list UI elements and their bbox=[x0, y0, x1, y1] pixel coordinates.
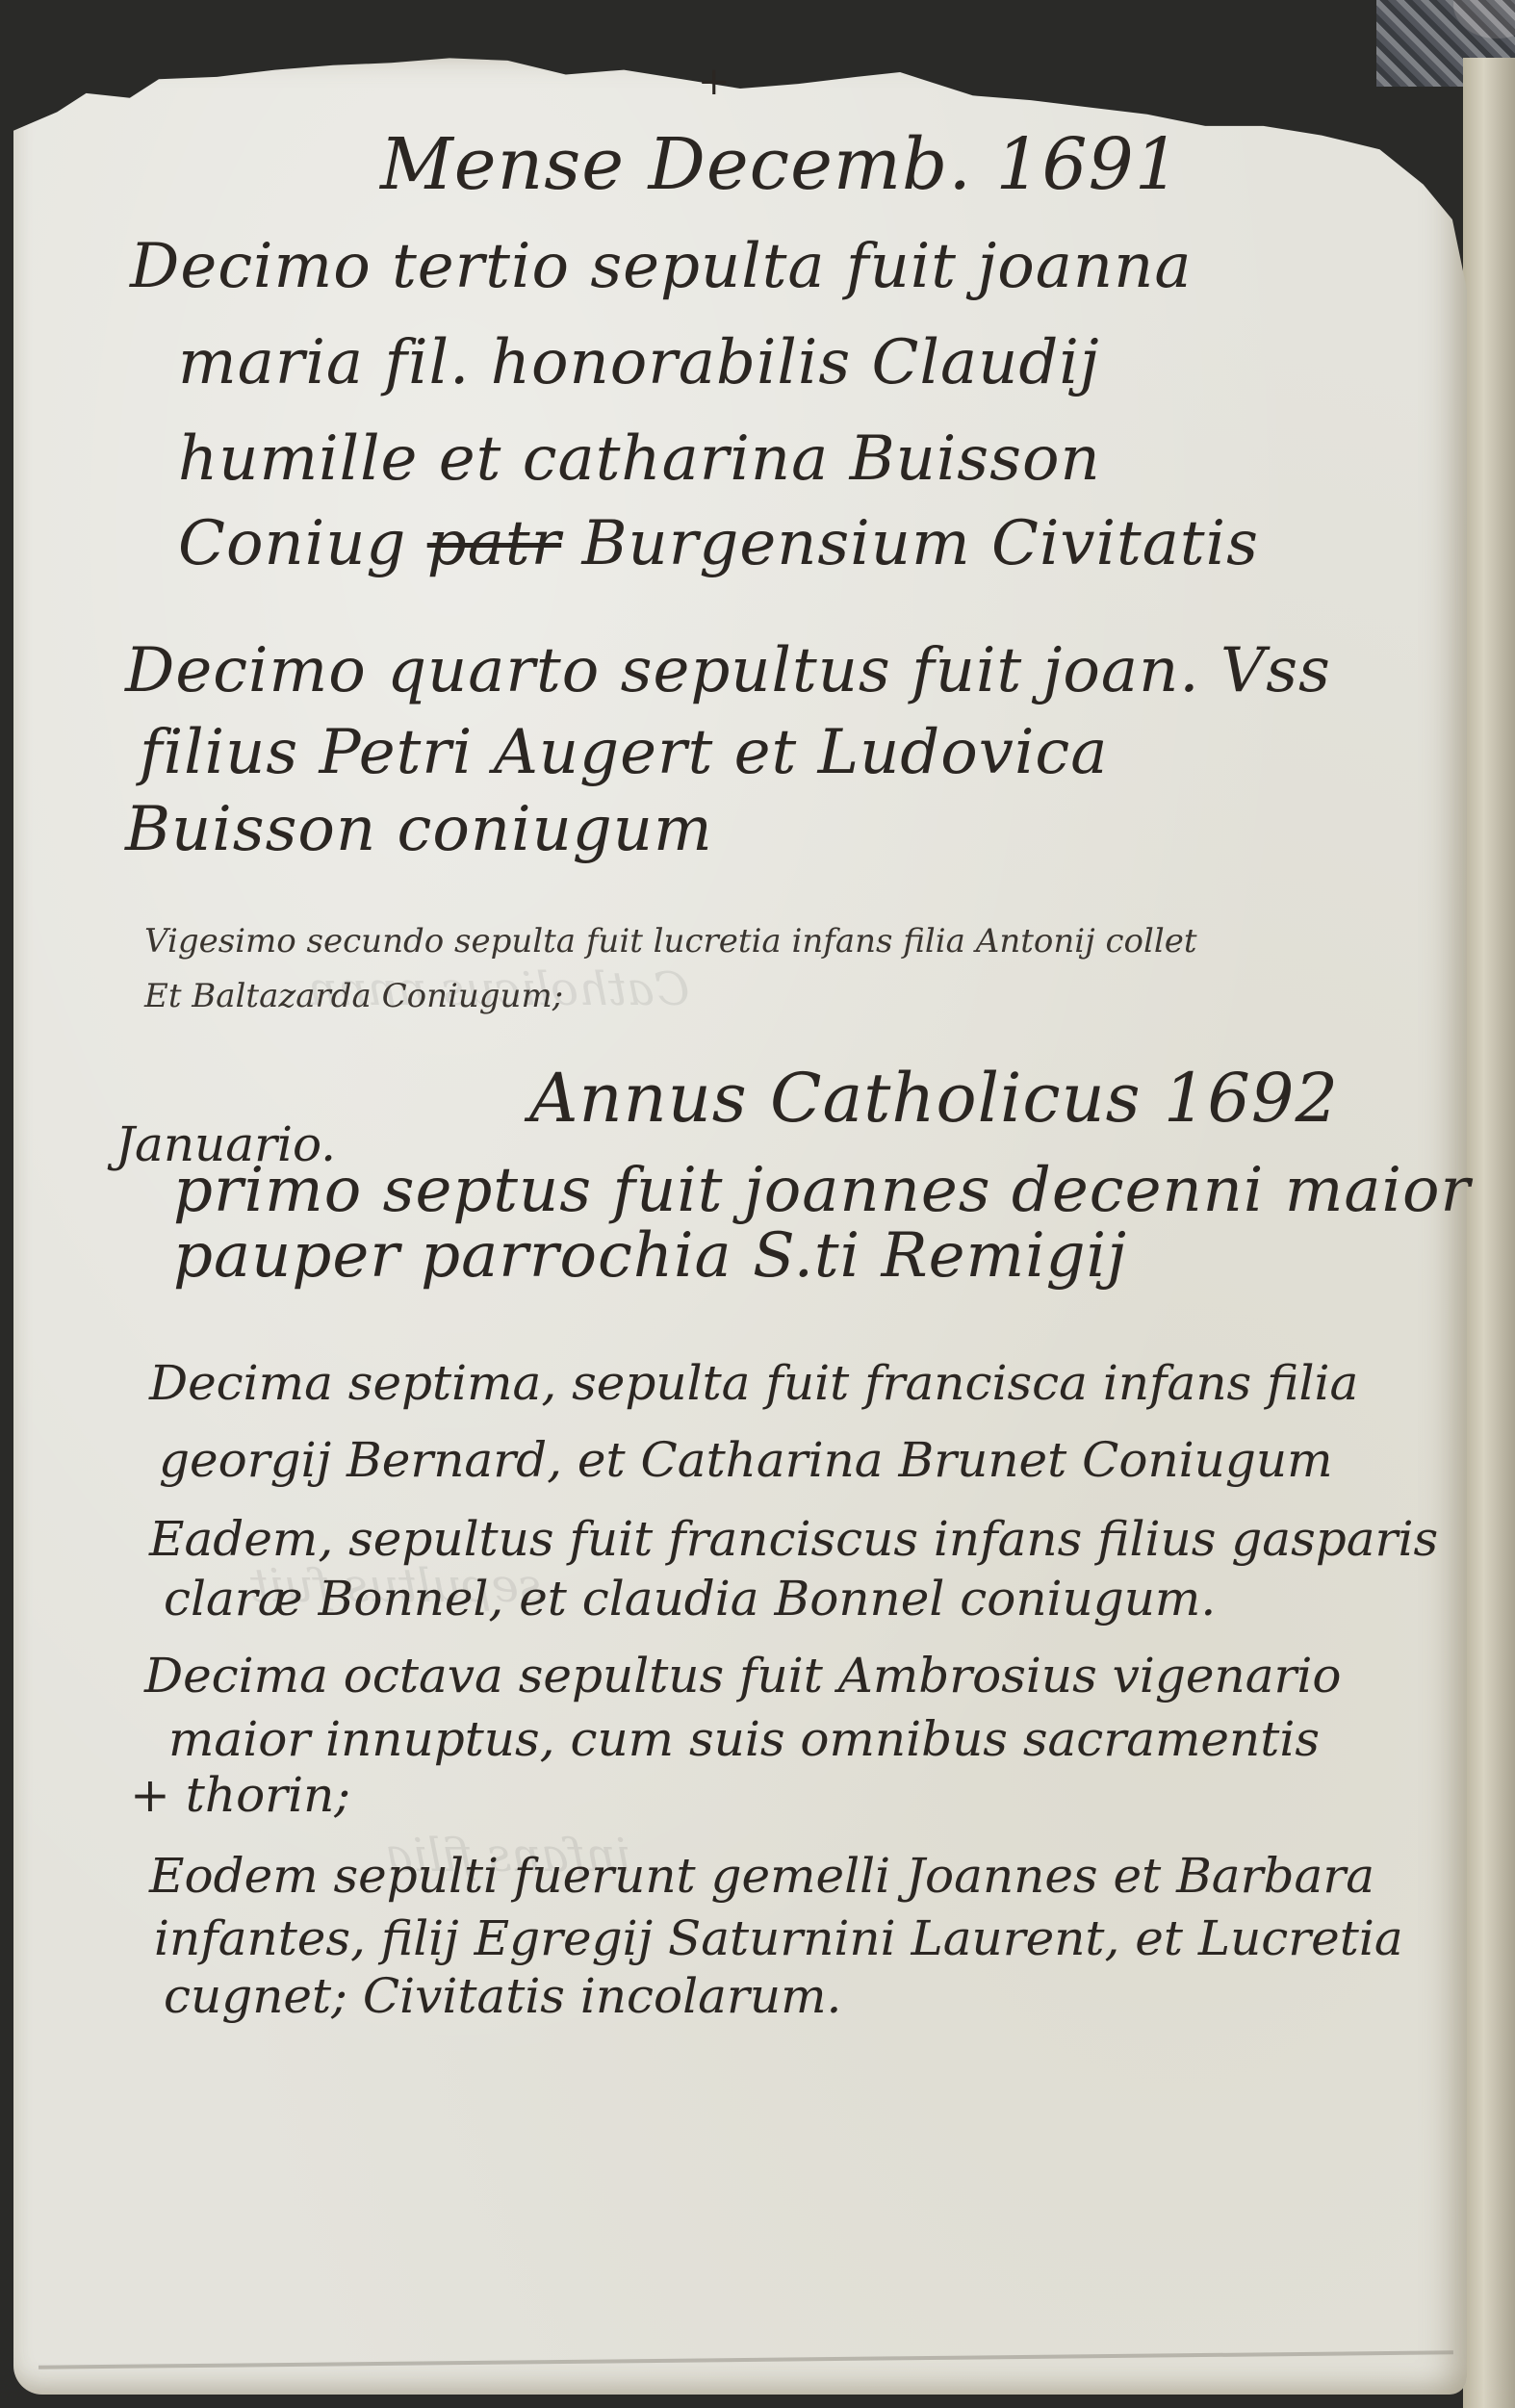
burgensium-text: Burgensium Civitatis bbox=[582, 508, 1259, 579]
entry-6-line-1: Eadem, sepultus fuit franciscus infans f… bbox=[149, 1511, 1438, 1567]
entry-7-line-2: maior innuptus, cum suis omnibus sacrame… bbox=[168, 1711, 1320, 1767]
entry-4-line-2: pauper parrochia S.ti Remigij bbox=[173, 1220, 1127, 1292]
coniug-word: Coniug bbox=[178, 508, 406, 579]
entry-4-line-1: primo septus fuit joannes decenni maior bbox=[173, 1155, 1471, 1226]
heading-1691: Mense Decemb. 1691 bbox=[380, 123, 1181, 206]
entry-7-line-1: Decima octava sepultus fuit Ambrosius vi… bbox=[144, 1648, 1342, 1704]
struck-word: patr bbox=[427, 508, 561, 579]
heading-1692: Annus Catholicus 1692 bbox=[529, 1059, 1339, 1138]
entry-2-line-3: Buisson coniugum bbox=[125, 794, 713, 865]
entry-1-line-4: Coniug patr Burgensium Civitatis bbox=[178, 508, 1259, 579]
entry-3-line-1: Vigesimo secundo sepulta fuit lucretia i… bbox=[144, 922, 1197, 961]
cross-mark: + bbox=[698, 60, 731, 104]
next-page-edge bbox=[1463, 58, 1515, 2408]
entry-1-line-3: humille et catharina Buisson bbox=[178, 423, 1101, 495]
entry-2-line-2: filius Petri Augert et Ludovica bbox=[140, 717, 1108, 788]
entry-7-line-3: + thorin; bbox=[130, 1767, 350, 1823]
entry-8-line-3: cugnet; Civitatis incolarum. bbox=[164, 1968, 841, 2024]
entry-8-line-1: Eodem sepulti fuerunt gemelli Joannes et… bbox=[149, 1848, 1374, 1904]
entry-5-line-2: georgij Bernard, et Catharina Brunet Con… bbox=[159, 1432, 1332, 1488]
entry-6-line-2: claræ Bonnel, et claudia Bonnel coniugum… bbox=[164, 1571, 1216, 1627]
entry-8-line-2: infantes, filij Egregij Saturnini Lauren… bbox=[154, 1910, 1403, 1966]
entry-3-line-2: Et Baltazarda Coniugum; bbox=[144, 977, 563, 1015]
entry-5-line-1: Decima septima, sepulta fuit francisca i… bbox=[149, 1355, 1358, 1411]
entry-1-line-1: Decimo tertio sepulta fuit joanna bbox=[130, 231, 1192, 302]
entry-1-line-2: maria fil. honorabilis Claudij bbox=[178, 327, 1100, 398]
entry-2-line-1: Decimo quarto sepultus fuit joan. Vss bbox=[125, 635, 1331, 706]
